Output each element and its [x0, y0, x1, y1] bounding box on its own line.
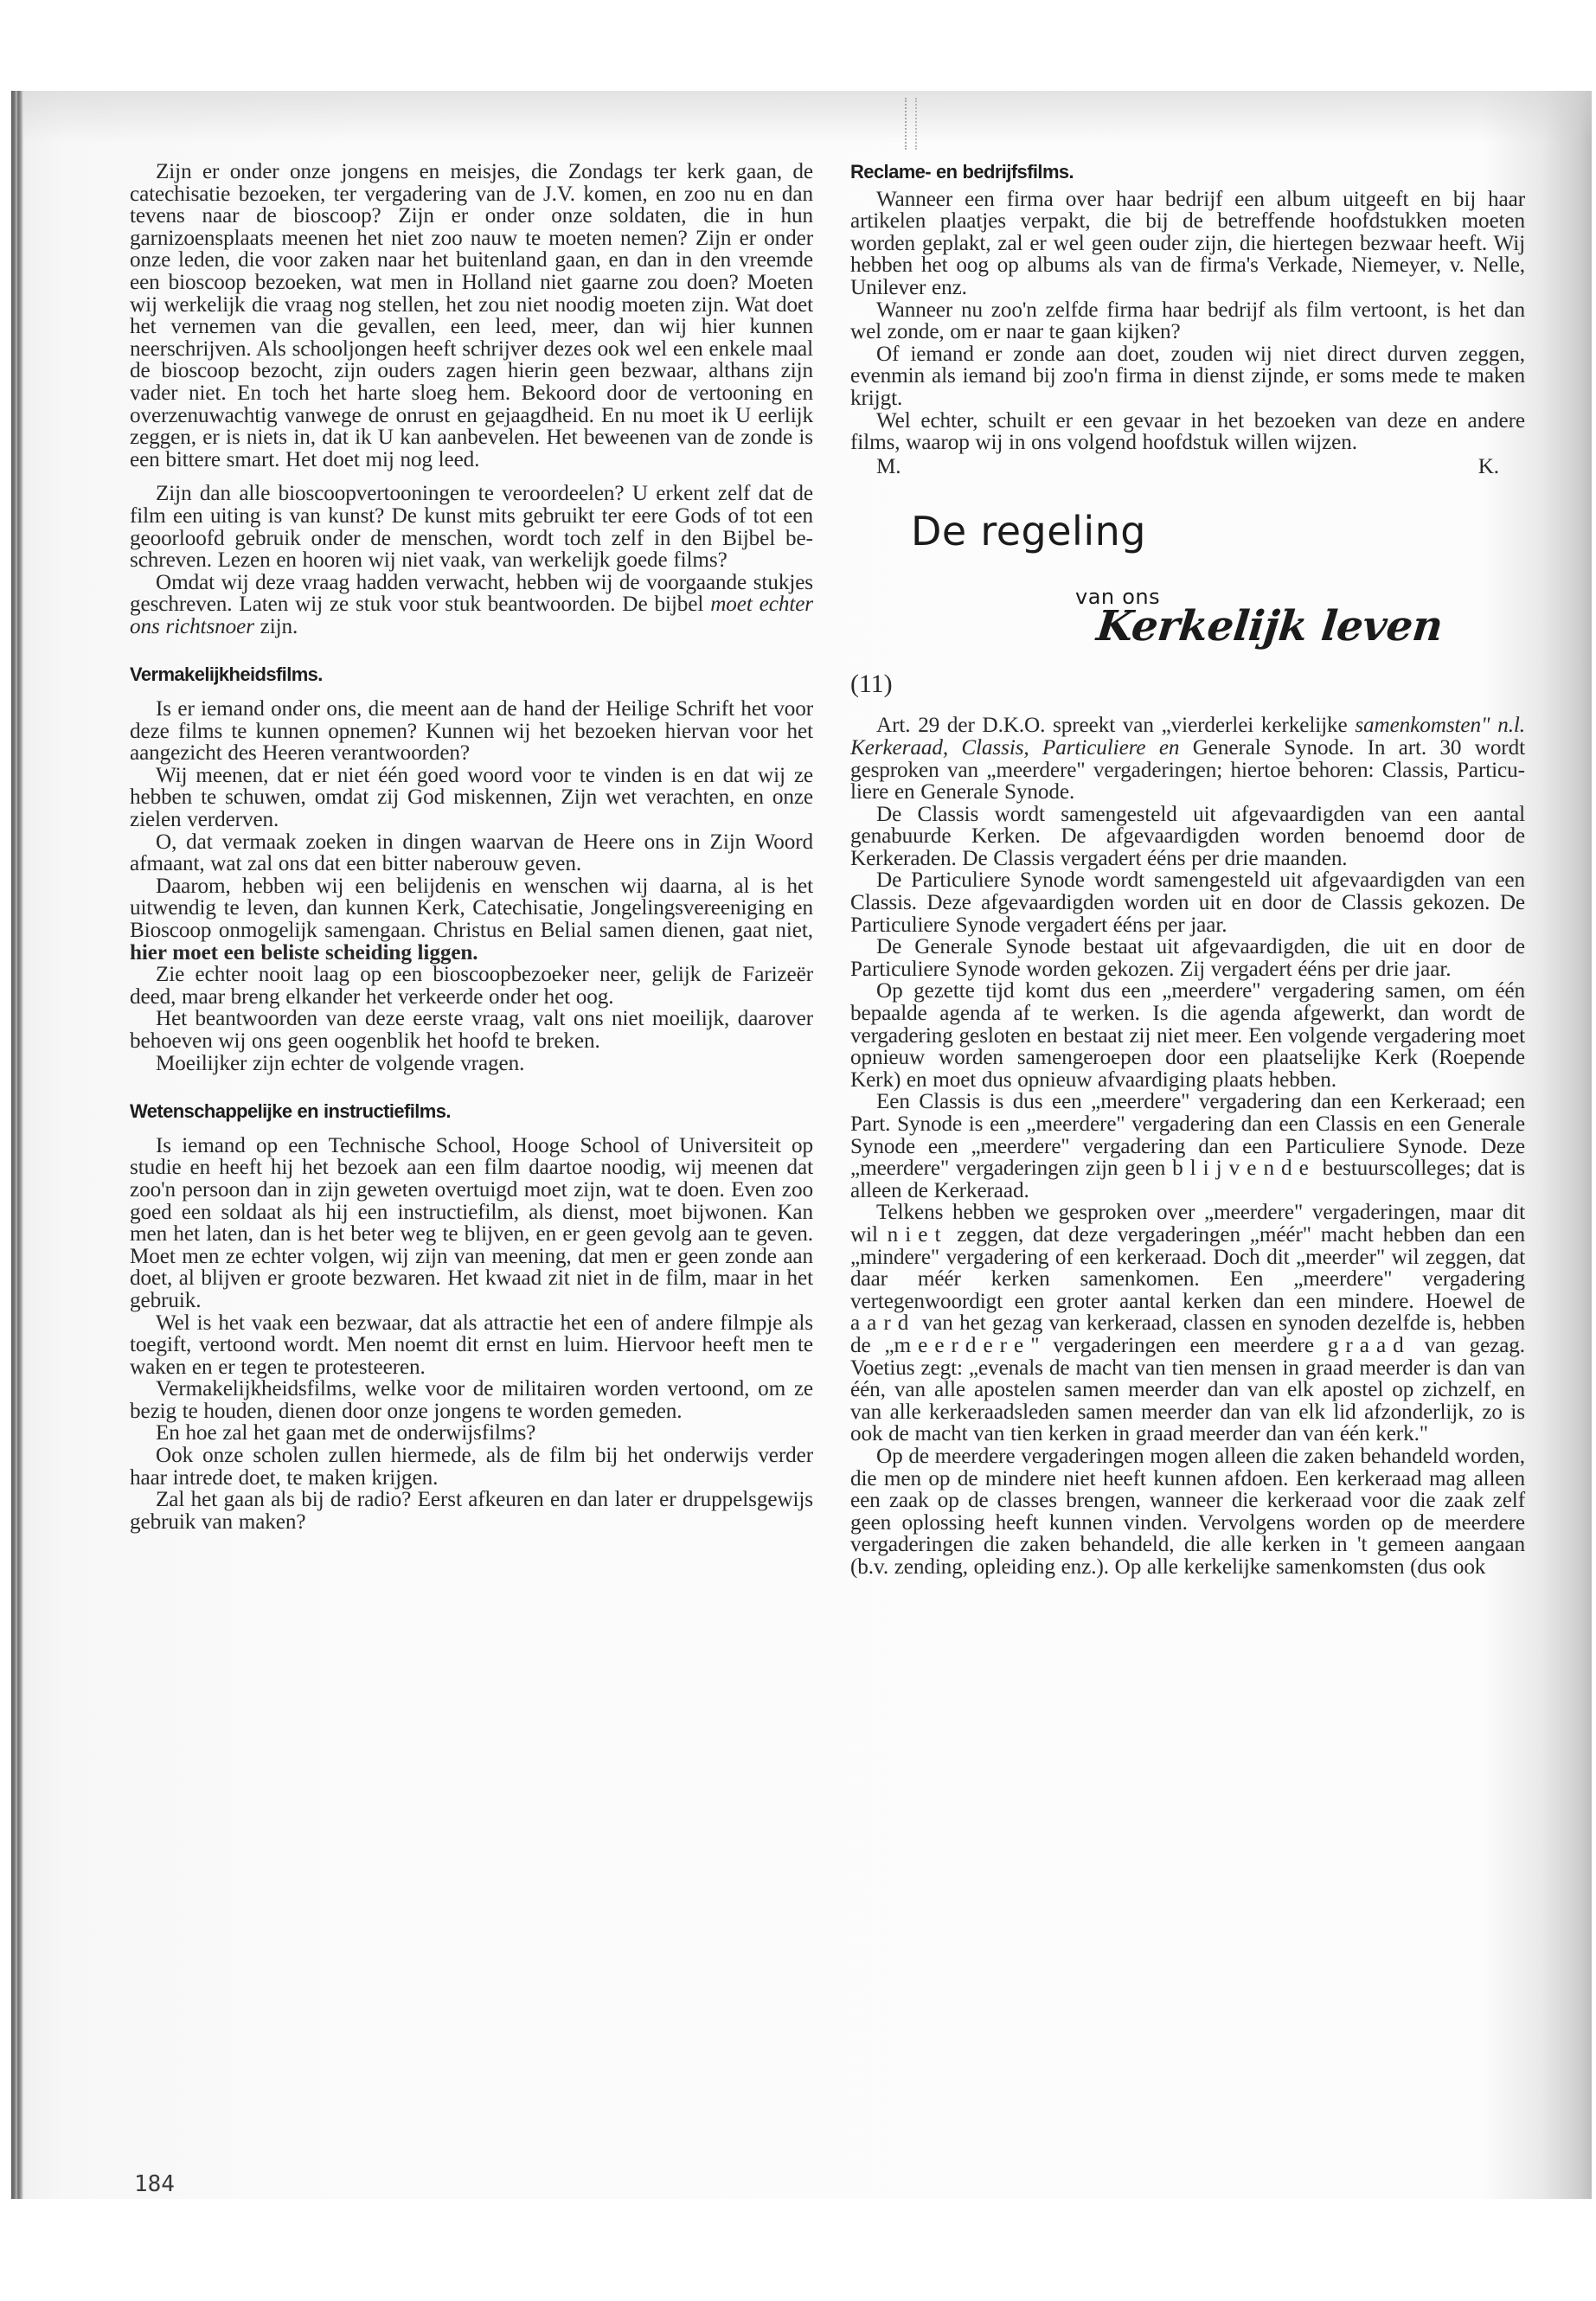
body-paragraph: Moeilijker zijn echter de volgende vrage… [130, 1053, 813, 1075]
body-paragraph: De Classis wordt samengesteld uit afgeva… [850, 804, 1525, 870]
spaced-emphasis: niet [888, 1223, 948, 1247]
body-paragraph: Is er iemand onder ons, die meent aan de… [130, 698, 813, 765]
intro-closing-paragraph: Omdat wij deze vraag hadden verwacht, he… [130, 572, 813, 638]
body-paragraph: Vermakelijkheidsfilms, welke voor de mil… [130, 1378, 813, 1422]
section-heading-entertainment-films: Vermakelijkheidsfilms. [130, 663, 813, 686]
page-number: 184 [134, 2171, 175, 2197]
therefore-paragraph: Daarom, hebben wij een belijdenis en wen… [130, 875, 813, 964]
classis-paragraph: Een Classis is dus een „meerdere" vergad… [850, 1091, 1525, 1202]
spaced-emphasis: graad [1328, 1334, 1411, 1357]
signature-initial-m: M. [876, 456, 901, 478]
body-paragraph: Is iemand op een Technische School, Hoog… [130, 1135, 813, 1312]
body-paragraph: Wanneer een firma over haar bedrijf een … [850, 189, 1525, 299]
body-paragraph: En hoe zal het gaan met de onderwijsfilm… [130, 1422, 813, 1445]
page-left-binding-edge [11, 91, 23, 2199]
body-paragraph: Of iemand er zonde aan doet, zouden wij … [850, 343, 1525, 410]
intro-paragraph: Zijn dan alle bioscoopvertooningen te ve… [130, 483, 813, 571]
article-script-title: Kerkelijk leven [1096, 616, 1444, 638]
telkens-paragraph: Telkens hebben we gesproken over „meerde… [850, 1202, 1525, 1445]
article-title: De regeling [911, 521, 1146, 543]
body-paragraph: Op de meerdere vergaderingen mogen allee… [850, 1445, 1525, 1579]
page-top-shadow [11, 91, 1592, 143]
body-paragraph: Op gezette tijd komt dus een „meerdere" … [850, 980, 1525, 1091]
body-paragraph: O, dat vermaak zoeken in dingen waarvan … [130, 831, 813, 875]
body-paragraph: Wanneer nu zoo'n zelfde firma haar bedri… [850, 299, 1525, 343]
body-paragraph: Wel echter, schuilt er een gevaar in het… [850, 410, 1525, 454]
bold-emphasis: hier moet een beliste scheiding liggen. [130, 941, 478, 965]
art29-paragraph: Art. 29 der D.K.O. spreekt van „vierderl… [850, 715, 1525, 803]
left-column: Zijn er onder onze jongens en meisjes, d… [130, 161, 813, 1533]
signature-initial-k: K. [1478, 456, 1499, 478]
author-signature: M. K. [850, 456, 1525, 478]
section-heading-science-films: Wetenschappelijke en instructiefilms. [130, 1100, 813, 1123]
article-title-block: De regeling van ons Kerkelijk leven (11) [850, 512, 1525, 702]
series-number: (11) [850, 673, 892, 695]
body-paragraph: De Generale Synode bestaat uit afgevaard… [850, 936, 1525, 980]
right-column: Reclame- en bedrijfsfilms. Wanneer een f… [850, 161, 1525, 1578]
body-paragraph: Het beantwoorden van deze eerste vraag, … [130, 1008, 813, 1052]
body-paragraph: Wel is het vaak een bezwaar, dat als att… [130, 1312, 813, 1379]
spaced-emphasis: blijvende [1172, 1157, 1316, 1180]
body-paragraph: De Particuliere Synode wordt samengestel… [850, 869, 1525, 936]
spaced-emphasis: aard [850, 1311, 915, 1335]
body-paragraph: Ook onze scholen zullen hiermede, als de… [130, 1445, 813, 1489]
gutter-scan-mark [905, 98, 917, 150]
body-paragraph: Wij meenen, dat er niet één goed woord v… [130, 765, 813, 831]
spaced-emphasis: meerdere [894, 1334, 1031, 1357]
intro-paragraph: Zijn er onder onze jongens en meisjes, d… [130, 161, 813, 471]
section-heading-advertising-films: Reclame- en bedrijfsfilms. [850, 161, 1525, 183]
body-paragraph: Zal het gaan als bij de radio? Eerst afk… [130, 1489, 813, 1533]
body-paragraph: Zie echter nooit laag op een bioscoopbez… [130, 964, 813, 1008]
